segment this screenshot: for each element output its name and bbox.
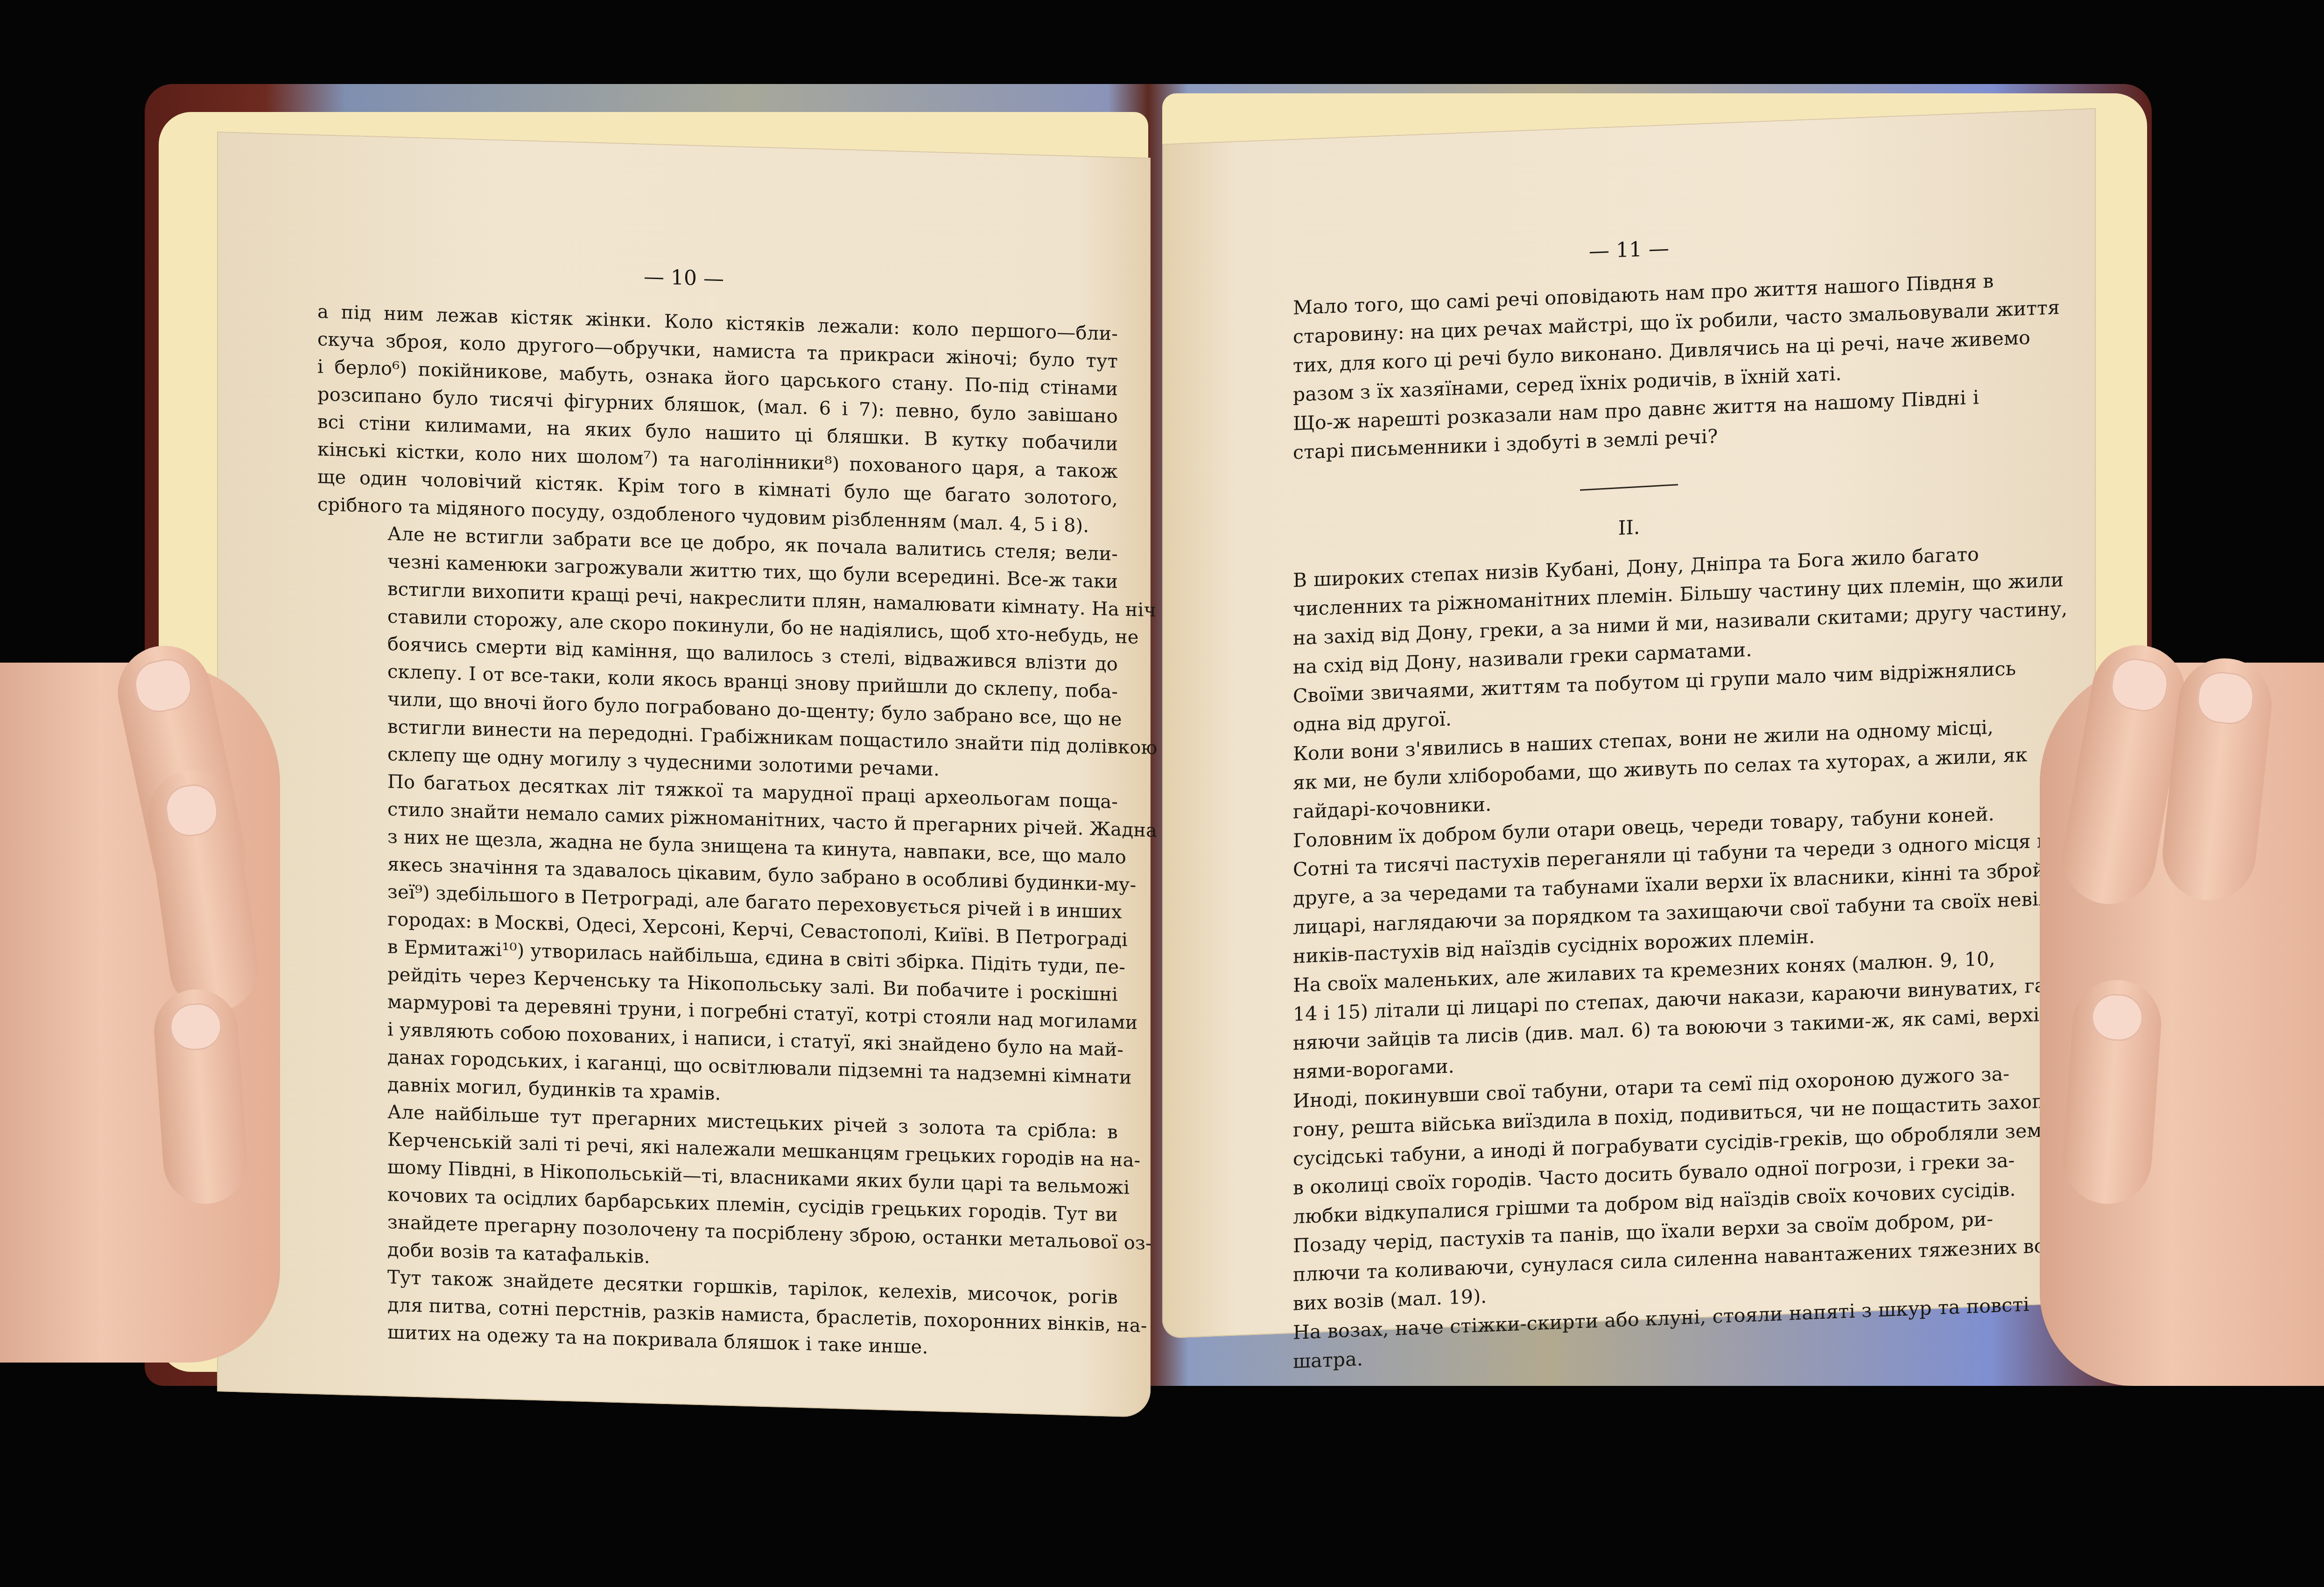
left-hand — [0, 663, 280, 1363]
fingernail — [163, 782, 221, 839]
left-page: — 10 — а під ним лежав кістяк жінки. Кол… — [217, 132, 1151, 1418]
left-finger — [151, 986, 250, 1206]
right-page: — 11 — Мало того, що самі речі оповідают… — [1162, 108, 2096, 1339]
right-page-body-section: В широких степах низів Кубані, Дону, Дні… — [1162, 535, 2096, 1381]
fingernail — [2090, 993, 2145, 1042]
right-page-body-intro: Мало того, що самі речі оповідають нам п… — [1162, 263, 2096, 472]
paragraph: По багатьох десятках літ тяжкої та маруд… — [317, 766, 1118, 1119]
left-page-body: а під ним лежав кістяк жінки. Коло кістя… — [217, 295, 1151, 1368]
fingernail — [2107, 655, 2171, 715]
paragraph: Але найбільше тут прегарних мистецьких р… — [317, 1097, 1118, 1284]
paragraph: Иноді, покинувши свої табуни, отари та с… — [1223, 1060, 1979, 1234]
paragraph: Але не встигли забрати все це добро, як … — [317, 518, 1118, 789]
paragraph: Головним їх добром були отари овець, чер… — [1223, 800, 1979, 973]
fingernail — [130, 655, 196, 717]
page-number-left: — 10 — — [217, 253, 1151, 303]
left-finger — [142, 765, 264, 1017]
fingernail — [2195, 670, 2256, 727]
right-hand — [2040, 663, 2324, 1386]
right-finger — [2060, 977, 2164, 1207]
paragraph: а під ним лежав кістяк жінки. Коло кістя… — [317, 298, 1118, 541]
section-divider — [1580, 484, 1678, 491]
fingernail — [169, 1002, 223, 1052]
